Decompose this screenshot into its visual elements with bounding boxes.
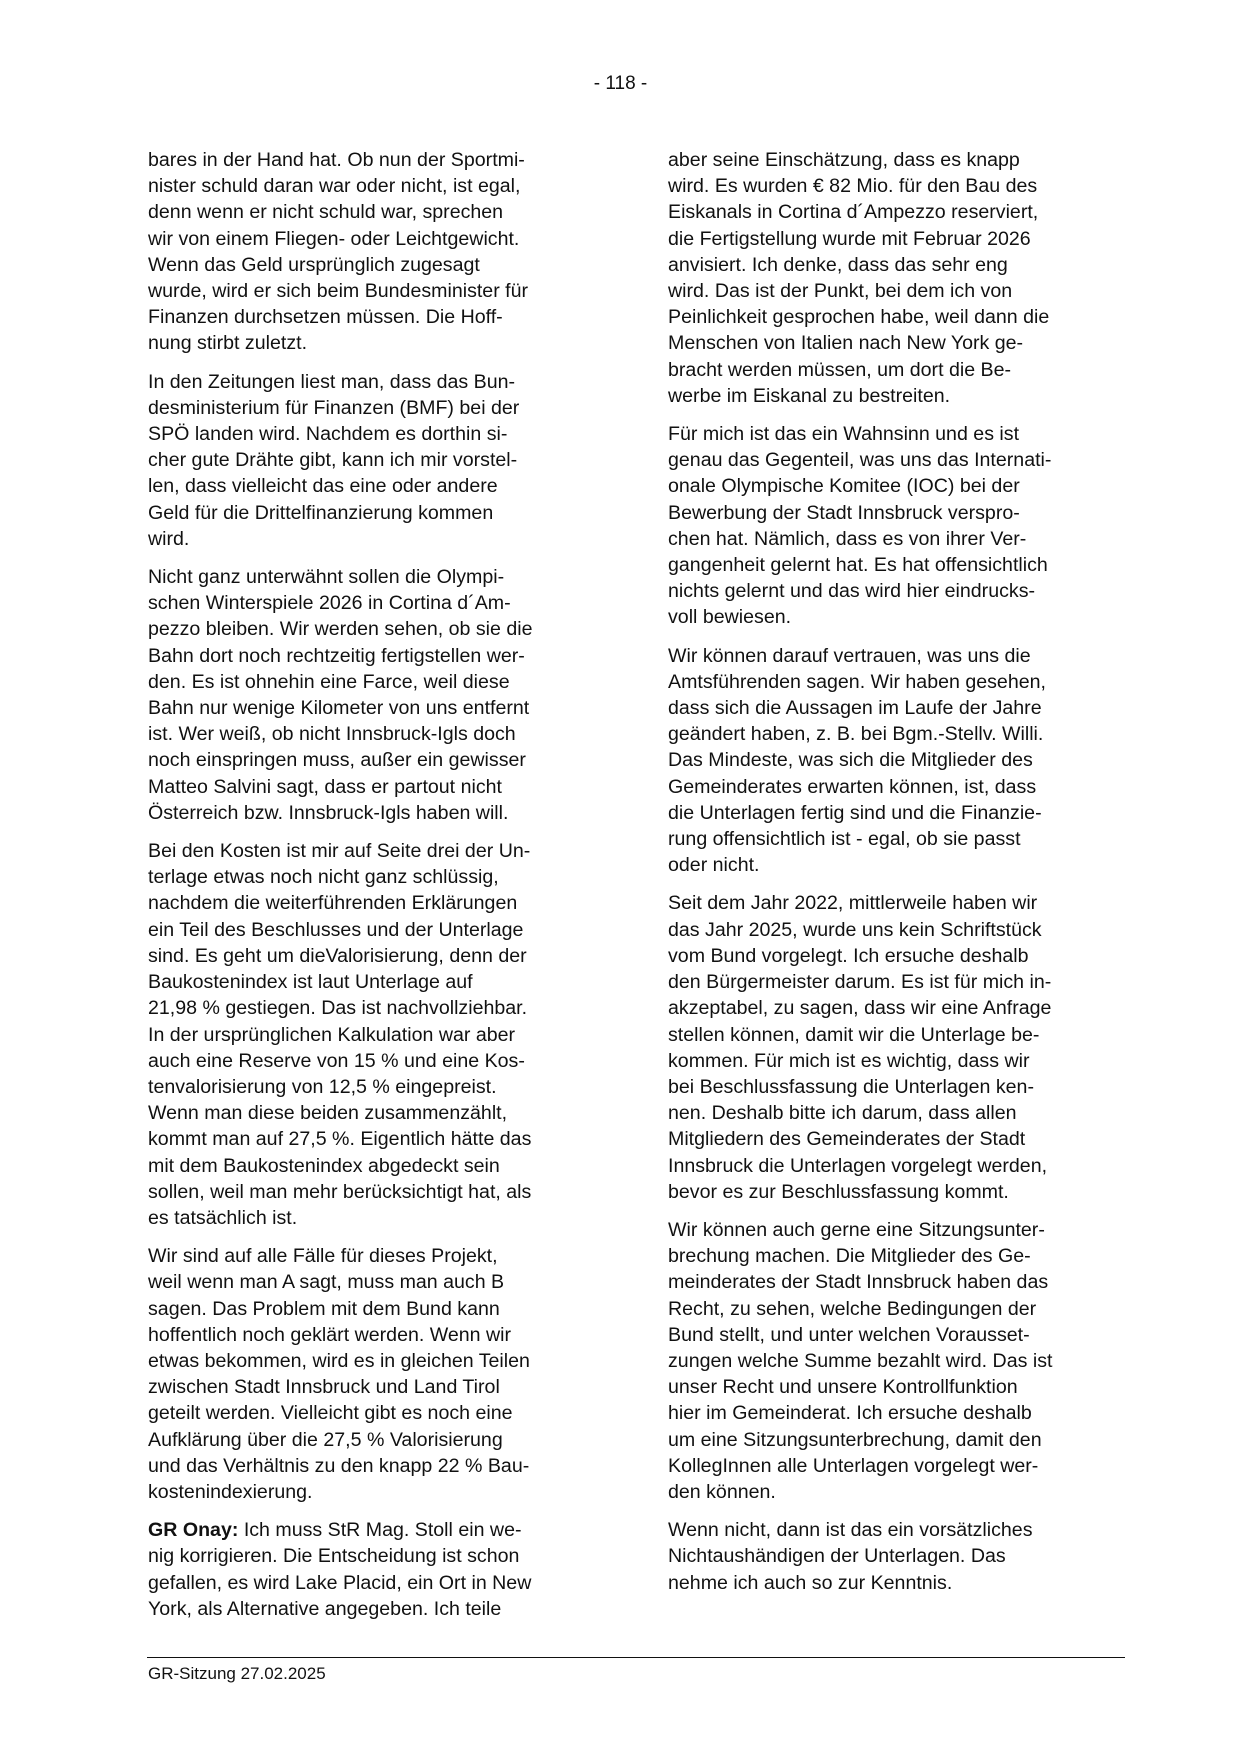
text-line: tenvalorisierung von 12,5 % eingepreist. — [148, 1074, 608, 1100]
text-line: nichts gelernt und das wird hier eindruc… — [668, 578, 1128, 604]
text-line: um eine Sitzungsunterbrechung, damit den — [668, 1427, 1128, 1453]
right-column: aber seine Einschätzung, dass es knapp w… — [668, 147, 1128, 1608]
text-line: wird. Es wurden € 82 Mio. für den Bau de… — [668, 173, 1128, 199]
text-line: Innsbruck die Unterlagen vorgelegt werde… — [668, 1153, 1128, 1179]
text-line: das Jahr 2025, wurde uns kein Schriftstü… — [668, 917, 1128, 943]
text-line: kommt man auf 27,5 %. Eigentlich hätte d… — [148, 1126, 608, 1152]
text-line: Recht, zu sehen, welche Bedingungen der — [668, 1296, 1128, 1322]
speaker-name: GR Onay: — [148, 1519, 238, 1541]
text-line: die Fertigstellung wurde mit Februar 202… — [668, 226, 1128, 252]
text-line: nehme ich auch so zur Kenntnis. — [668, 1570, 1128, 1596]
text-line: wird. Das ist der Punkt, bei dem ich von — [668, 278, 1128, 304]
text-line: terlage etwas noch nicht ganz schlüssig, — [148, 864, 608, 890]
text-line: hoffentlich noch geklärt werden. Wenn wi… — [148, 1322, 608, 1348]
paragraph: aber seine Einschätzung, dass es knapp w… — [668, 147, 1128, 409]
text-line: schen Winterspiele 2026 in Cortina d´Am- — [148, 590, 608, 616]
text-line: die Unterlagen fertig sind und die Finan… — [668, 800, 1128, 826]
text-line: Wir können auch gerne eine Sitzungsunter… — [668, 1217, 1128, 1243]
text-line: bracht werden müssen, um dort die Be- — [668, 357, 1128, 383]
text-line: geteilt werden. Vielleicht gibt es noch … — [148, 1400, 608, 1426]
paragraph: Bei den Kosten ist mir auf Seite drei de… — [148, 838, 608, 1231]
speaker-paragraph: GR Onay: Ich muss StR Mag. Stoll ein we-… — [148, 1517, 608, 1622]
text-line: rung offensichtlich ist - egal, ob sie p… — [668, 826, 1128, 852]
text-line: anvisiert. Ich denke, dass das sehr eng — [668, 252, 1128, 278]
text-line: Mitgliedern des Gemeinderates der Stadt — [668, 1126, 1128, 1152]
text-line: Gemeinderates erwarten können, ist, dass — [668, 774, 1128, 800]
text-line: den können. — [668, 1479, 1128, 1505]
paragraph: bares in der Hand hat. Ob nun der Sportm… — [148, 147, 608, 357]
text-line: bevor es zur Beschlussfassung kommt. — [668, 1179, 1128, 1205]
text-line: Bei den Kosten ist mir auf Seite drei de… — [148, 838, 608, 864]
text-line: nung stirbt zuletzt. — [148, 330, 608, 356]
paragraph: Für mich ist das ein Wahnsinn und es ist… — [668, 421, 1128, 631]
text-line: den. Es ist ohnehin eine Farce, weil die… — [148, 669, 608, 695]
text-line: kostenindexierung. — [148, 1479, 608, 1505]
text-line: sollen, weil man mehr berücksichtigt hat… — [148, 1179, 608, 1205]
text-line: Wir sind auf alle Fälle für dieses Proje… — [148, 1243, 608, 1269]
text-line: aber seine Einschätzung, dass es knapp — [668, 147, 1128, 173]
text-line: Matteo Salvini sagt, dass er partout nic… — [148, 774, 608, 800]
text-line: unser Recht und unsere Kontrollfunktion — [668, 1374, 1128, 1400]
text-line: oder nicht. — [668, 852, 1128, 878]
page-number: - 118 - — [0, 73, 1241, 95]
text-line: zungen welche Summe bezahlt wird. Das is… — [668, 1348, 1128, 1374]
text-line: Wenn man diese beiden zusammenzählt, — [148, 1100, 608, 1126]
text-line: mit dem Baukostenindex abgedeckt sein — [148, 1153, 608, 1179]
text-line: bares in der Hand hat. Ob nun der Sportm… — [148, 147, 608, 173]
text-line: akzeptabel, zu sagen, dass wir eine Anfr… — [668, 995, 1128, 1021]
text-line: Peinlichkeit gesprochen habe, weil dann … — [668, 304, 1128, 330]
text-line: Bahn dort noch rechtzeitig fertigstellen… — [148, 643, 608, 669]
text-line: sind. Es geht um dieValorisierung, denn … — [148, 943, 608, 969]
text-line: werbe im Eiskanal zu bestreiten. — [668, 383, 1128, 409]
text-line: nachdem die weiterführenden Erklärungen — [148, 890, 608, 916]
text-line: es tatsächlich ist. — [148, 1205, 608, 1231]
text-line: Wir können darauf vertrauen, was uns die — [668, 643, 1128, 669]
text-line: etwas bekommen, wird es in gleichen Teil… — [148, 1348, 608, 1374]
text-line: Aufklärung über die 27,5 % Valorisierung — [148, 1427, 608, 1453]
paragraph: Wir können auch gerne eine Sitzungsunter… — [668, 1217, 1128, 1505]
text-line: chen hat. Nämlich, dass es von ihrer Ver… — [668, 526, 1128, 552]
text-line: GR Onay: Ich muss StR Mag. Stoll ein we- — [148, 1517, 608, 1543]
paragraph: In den Zeitungen liest man, dass das Bun… — [148, 369, 608, 552]
text-line: ein Teil des Beschlusses und der Unterla… — [148, 917, 608, 943]
text-line: Amtsführenden sagen. Wir haben gesehen, — [668, 669, 1128, 695]
text-line: nen. Deshalb bitte ich darum, dass allen — [668, 1100, 1128, 1126]
text-line: zwischen Stadt Innsbruck und Land Tirol — [148, 1374, 608, 1400]
text-line: Finanzen durchsetzen müssen. Die Hoff- — [148, 304, 608, 330]
text-line: desministerium für Finanzen (BMF) bei de… — [148, 395, 608, 421]
text-line: 21,98 % gestiegen. Das ist nachvollziehb… — [148, 995, 608, 1021]
text-line: Für mich ist das ein Wahnsinn und es ist — [668, 421, 1128, 447]
paragraph: Wir sind auf alle Fälle für dieses Proje… — [148, 1243, 608, 1505]
text-line: Eiskanals in Cortina d´Ampezzo reservier… — [668, 199, 1128, 225]
text-line: Wenn nicht, dann ist das ein vorsätzlich… — [668, 1517, 1128, 1543]
text-line: den Bürgermeister darum. Es ist für mich… — [668, 969, 1128, 995]
left-column: bares in der Hand hat. Ob nun der Sportm… — [148, 147, 608, 1634]
text-line: ist. Wer weiß, ob nicht Innsbruck-Igls d… — [148, 721, 608, 747]
paragraph: Seit dem Jahr 2022, mittlerweile haben w… — [668, 890, 1128, 1204]
paragraph: Wenn nicht, dann ist das ein vorsätzlich… — [668, 1517, 1128, 1596]
text-line: hier im Gemeinderat. Ich ersuche deshalb — [668, 1400, 1128, 1426]
text-line: Das Mindeste, was sich die Mitglieder de… — [668, 747, 1128, 773]
text-line: brechung machen. Die Mitglieder des Ge- — [668, 1243, 1128, 1269]
text-line: York, als Alternative angegeben. Ich tei… — [148, 1596, 608, 1622]
text-line: denn wenn er nicht schuld war, sprechen — [148, 199, 608, 225]
text-line: In den Zeitungen liest man, dass das Bun… — [148, 369, 608, 395]
text-line: In der ursprünglichen Kalkulation war ab… — [148, 1022, 608, 1048]
text-line: onale Olympische Komitee (IOC) bei der — [668, 473, 1128, 499]
text-line: cher gute Drähte gibt, kann ich mir vors… — [148, 447, 608, 473]
text-line: bei Beschlussfassung die Unterlagen ken- — [668, 1074, 1128, 1100]
text-line: gefallen, es wird Lake Placid, ein Ort i… — [148, 1570, 608, 1596]
footer-session-date: GR-Sitzung 27.02.2025 — [148, 1664, 326, 1684]
text-line: stellen können, damit wir die Unterlage … — [668, 1022, 1128, 1048]
text-line: dass sich die Aussagen im Laufe der Jahr… — [668, 695, 1128, 721]
text-line: auch eine Reserve von 15 % und eine Kos- — [148, 1048, 608, 1074]
footer-divider — [147, 1657, 1125, 1658]
text-line: len, dass vielleicht das eine oder ander… — [148, 473, 608, 499]
text-line: SPÖ landen wird. Nachdem es dorthin si- — [148, 421, 608, 447]
text-line: Bewerbung der Stadt Innsbruck verspro- — [668, 500, 1128, 526]
text-line: Seit dem Jahr 2022, mittlerweile haben w… — [668, 890, 1128, 916]
text-line: nister schuld daran war oder nicht, ist … — [148, 173, 608, 199]
text-line: Wenn das Geld ursprünglich zugesagt — [148, 252, 608, 278]
paragraph: Nicht ganz unterwähnt sollen die Olympi-… — [148, 564, 608, 826]
text-line: und das Verhältnis zu den knapp 22 % Bau… — [148, 1453, 608, 1479]
text-line: geändert haben, z. B. bei Bgm.-Stellv. W… — [668, 721, 1128, 747]
text-line: meinderates der Stadt Innsbruck haben da… — [668, 1269, 1128, 1295]
text-line: pezzo bleiben. Wir werden sehen, ob sie … — [148, 616, 608, 642]
text-line: Nicht ganz unterwähnt sollen die Olympi- — [148, 564, 608, 590]
text-line: gangenheit gelernt hat. Es hat offensich… — [668, 552, 1128, 578]
text-line: noch einspringen muss, außer ein gewisse… — [148, 747, 608, 773]
text-line: voll bewiesen. — [668, 604, 1128, 630]
speaker-text: Ich muss StR Mag. Stoll ein we- — [238, 1519, 521, 1541]
text-line: sagen. Das Problem mit dem Bund kann — [148, 1296, 608, 1322]
text-line: KollegInnen alle Unterlagen vorgelegt we… — [668, 1453, 1128, 1479]
text-line: kommen. Für mich ist es wichtig, dass wi… — [668, 1048, 1128, 1074]
text-line: Österreich bzw. Innsbruck-Igls haben wil… — [148, 800, 608, 826]
text-line: nig korrigieren. Die Entscheidung ist sc… — [148, 1543, 608, 1569]
text-line: Bund stellt, und unter welchen Vorausset… — [668, 1322, 1128, 1348]
text-line: Bahn nur wenige Kilometer von uns entfer… — [148, 695, 608, 721]
text-line: wird. — [148, 526, 608, 552]
text-line: Geld für die Drittelfinanzierung kommen — [148, 500, 608, 526]
paragraph: Wir können darauf vertrauen, was uns die… — [668, 643, 1128, 879]
text-line: Baukostenindex ist laut Unterlage auf — [148, 969, 608, 995]
text-line: Nichtaushändigen der Unterlagen. Das — [668, 1543, 1128, 1569]
text-line: vom Bund vorgelegt. Ich ersuche deshalb — [668, 943, 1128, 969]
text-line: genau das Gegenteil, was uns das Interna… — [668, 447, 1128, 473]
text-line: wir von einem Fliegen- oder Leichtgewich… — [148, 226, 608, 252]
text-line: wurde, wird er sich beim Bundesminister … — [148, 278, 608, 304]
text-line: weil wenn man A sagt, muss man auch B — [148, 1269, 608, 1295]
text-line: Menschen von Italien nach New York ge- — [668, 330, 1128, 356]
